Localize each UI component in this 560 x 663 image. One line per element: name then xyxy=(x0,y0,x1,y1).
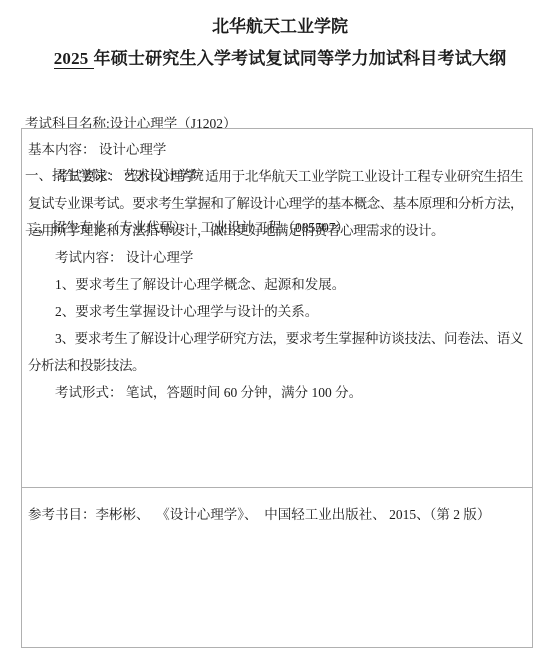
exam-year-underlined: 2025 xyxy=(54,49,94,69)
university-title: 北华航天工业学院 xyxy=(0,15,560,39)
content-item-2: 2、要求考生掌握设计心理学与设计的关系。 xyxy=(28,298,523,325)
references-line: 参考书目：李彬彬、 《设计心理学》、 中国轻工业出版社、 2015、（第 2 版… xyxy=(28,501,523,528)
exam-content-line: 考试内容： 设计心理学 xyxy=(28,244,523,271)
syllabus-table: 基本内容： 设计心理学 考试要求： “设计心理学” 适用于北华航天工业学院工业设… xyxy=(21,128,533,648)
main-content-cell: 基本内容： 设计心理学 考试要求： “设计心理学” 适用于北华航天工业学院工业设… xyxy=(22,129,532,488)
document-title: 2025年硕士研究生入学考试复试同等学力加试科目考试大纲 xyxy=(0,46,560,71)
references-cell: 参考书目：李彬彬、 《设计心理学》、 中国轻工业出版社、 2015、（第 2 版… xyxy=(22,488,532,647)
basic-content-line: 基本内容： 设计心理学 xyxy=(28,136,523,163)
syllabus-document-page: 北华航天工业学院 2025年硕士研究生入学考试复试同等学力加试科目考试大纲 考试… xyxy=(0,0,560,663)
content-item-3: 3、要求考生了解设计心理学研究方法，要求考生掌握种访谈技法、问卷法、语义分析法和… xyxy=(28,325,523,379)
exam-requirements-paragraph: 考试要求： “设计心理学” 适用于北华航天工业学院工业设计工程专业研究生招生复试… xyxy=(28,163,523,244)
content-item-1: 1、要求考生了解设计心理学概念、起源和发展。 xyxy=(28,271,523,298)
exam-form-line: 考试形式： 笔试，答题时间 60 分钟，满分 100 分。 xyxy=(28,379,523,406)
document-title-text: 年硕士研究生入学考试复试同等学力加试科目考试大纲 xyxy=(94,49,507,68)
